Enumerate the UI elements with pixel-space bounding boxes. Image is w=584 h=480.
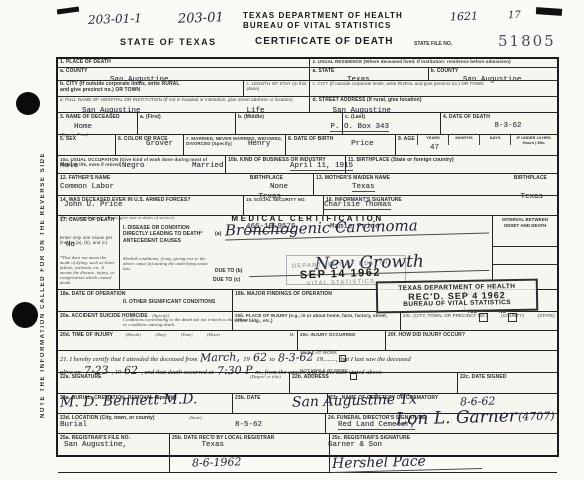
state-of-texas-label: STATE OF TEXAS xyxy=(120,37,217,47)
accident-label: 20a. ACCIDENT SUICIDE HOMICIDE xyxy=(60,313,148,319)
usual-residence-section: 2. USUAL RESIDENCE (Where deceased lived… xyxy=(310,59,557,112)
race-label: 6. COLOR OR RACE xyxy=(118,136,168,142)
cause-a-tag: (a) xyxy=(215,231,221,237)
injury-occurred-label: 20e. INJURY OCCURRED xyxy=(300,332,356,337)
city-label: b. CITY (If outside corporate limits, wr… xyxy=(60,81,180,93)
department-line2: BUREAU OF VITAL STATISTICS xyxy=(243,21,423,31)
father-name-label: 12. FATHER'S NAME xyxy=(60,175,110,181)
accident-suicide-homicide-cell: 20a. ACCIDENT SUICIDE HOMICIDE (Specify) xyxy=(58,312,233,330)
marital-cell: 7. MARRIED, NEVER MARRIED, WIDOWED, DIVO… xyxy=(184,135,286,155)
residence-county-label: b. COUNTY xyxy=(431,68,459,74)
department-header: TEXAS DEPARTMENT OF HEALTH BUREAU OF VIT… xyxy=(243,11,423,31)
hospital-label: d. FULL NAME OF HOSPITAL OR INSTITUTION … xyxy=(60,97,293,102)
injury-month-label: (Month) xyxy=(126,332,141,337)
name-of-deceased-label-cell: 3. NAME OF DECEASED(Type or Print) xyxy=(58,113,138,134)
occupation-label: 10a. USUAL OCCUPATION (Give kind of work… xyxy=(60,157,223,167)
registrar-signature-label: 25c. REGISTRAR'S SIGNATURE xyxy=(332,435,410,441)
occupation-cell: 10a. USUAL OCCUPATION (Give kind of work… xyxy=(58,156,226,173)
injury-hour-label: (Hour) xyxy=(207,332,220,337)
row-registrar: 25a. REGISTRAR'S FILE NO. 25b. DATE REC'… xyxy=(58,434,557,473)
sex-label: 5. SEX xyxy=(60,136,76,142)
certificate-title: CERTIFICATE OF DEATH xyxy=(255,36,394,47)
burial-location-label: 23d. LOCATION (City, town, or county) xyxy=(60,415,155,421)
armed-forces-label: 14. WAS DECEASED EVER IN U.S. ARMED FORC… xyxy=(60,197,191,203)
address-label: 22b. ADDRESS xyxy=(292,374,329,380)
injury-day-label: (Day) xyxy=(155,332,166,337)
antecedent-causes-label: ANTECEDENT CAUSES xyxy=(123,238,181,244)
reverse-side-note: NOTE THE INFORMATION CALLED FOR ON THE R… xyxy=(40,118,46,418)
handwritten-file-code-2: 203-01 xyxy=(178,10,224,27)
certify-text-1: 21. I hereby certify that I attended the… xyxy=(60,356,197,363)
row-demographics: 5. SEXMale 6. COLOR OR RACENegro 7. MARR… xyxy=(58,135,557,156)
cemetery-label: 23c. NAME OF CEMETERY OR CREMATORY xyxy=(330,395,438,401)
date-of-death-value: 8-3-62 xyxy=(494,122,521,130)
physician-address-cell: 22b. ADDRESS San Augustine Tx xyxy=(290,373,458,393)
industry-label: 10b. KIND OF BUSINESS OR INDUSTRY xyxy=(228,157,326,163)
interval-line-a xyxy=(493,229,557,247)
date-of-operation-label: 18a. DATE OF OPERATION xyxy=(60,291,126,297)
burial-location-state-label: (State) xyxy=(189,415,202,420)
usual-residence-title: 2. USUAL RESIDENCE (Where deceased lived… xyxy=(312,59,510,64)
scan-artifact xyxy=(57,6,79,14)
certify-text-2: 19 xyxy=(243,356,250,363)
age-hours-label: Hours xyxy=(523,140,535,145)
burial-date-cell: 23b. DATE8-5-62 xyxy=(233,394,328,413)
punch-hole-top xyxy=(16,92,40,115)
date-of-birth-cell: 8. DATE OF BIRTHApril 11, 1915 xyxy=(286,135,396,155)
certify-hand-month: March, xyxy=(200,351,240,363)
handwritten-number-1621: 1621 xyxy=(450,10,478,24)
name-of-deceased-label: 3. NAME OF DECEASED xyxy=(60,114,120,120)
degree-or-title-label: (Degree or title) xyxy=(250,374,281,379)
how-injury-label: 20f. HOW DID INJURY OCCUR? xyxy=(388,332,465,338)
row-certify-statement: 21. I hereby certify that I attended the… xyxy=(58,351,557,373)
row-injury-place: 20a. ACCIDENT SUICIDE HOMICIDE (Specify)… xyxy=(58,312,557,331)
residence-state-label: a. STATE xyxy=(312,68,334,74)
received-stamp-box: TEXAS DEPARTMENT OF HEALTH REC'D. SEP 4 … xyxy=(376,279,539,314)
middle-name-label: b. (Middle) xyxy=(238,114,264,120)
cause-note-2: *This does not mean the mode of dying, s… xyxy=(60,255,117,285)
place-of-death-title: 1. PLACE OF DEATH xyxy=(60,59,111,65)
sex-cell: 5. SEXMale xyxy=(58,135,116,155)
age-months-label: MONTHS xyxy=(448,135,479,145)
cause-note-1: Enter only one cause per line for (a), (… xyxy=(60,235,117,245)
burial-type-cell: 23a. BURIAL, CREMATION, REMOVAL (Specify… xyxy=(58,394,233,413)
residence-city-label: c. CITY (If outside corporate limits, wr… xyxy=(312,81,483,86)
mother-cell: 13. MOTHER'S MAIDEN NAMEBIRTHPLACE Charl… xyxy=(314,174,557,195)
row-location-director: 23d. LOCATION (City, town, or county) (S… xyxy=(58,414,557,434)
mother-birthplace-label: BIRTHPLACE xyxy=(514,175,547,181)
place-of-injury-cell: 20b. PLACE OF INJURY (e.g., in or about … xyxy=(233,312,401,330)
row-physician: 22a. SIGNATURE (Degree or title) M. D. B… xyxy=(58,373,557,394)
certify-text-3: to xyxy=(270,356,275,363)
handwritten-number-17: 17 xyxy=(508,10,521,21)
registrar-date-value: 8-6-1962 xyxy=(192,455,242,469)
disease-leading-label: I. DISEASE OR CONDITION DIRECTLY LEADING… xyxy=(123,225,215,237)
time-of-injury-cell: 20d. TIME OF INJURY (Month) (Day) (Year)… xyxy=(58,331,298,350)
date-of-death-cell: 4. DATE OF DEATH 8-3-62 xyxy=(441,113,557,134)
certify-hand-year1: 62 xyxy=(253,352,267,363)
burial-date-label: 23b. DATE xyxy=(235,395,261,401)
first-name-label: a. (First) xyxy=(140,114,161,120)
state-file-no-value: 51805 xyxy=(498,32,556,50)
burial-location-cell: 23d. LOCATION (City, town, or county) (S… xyxy=(58,414,326,433)
registrar-file-no-cell: 25a. REGISTRAR'S FILE NO. xyxy=(58,434,170,472)
date-of-birth-label: 8. DATE OF BIRTH xyxy=(288,136,333,142)
registrar-signature-cell: 25c. REGISTRAR'S SIGNATUREHershel Pace xyxy=(330,434,557,472)
middle-name-cell: b. (Middle)Henry xyxy=(236,113,343,134)
stamp-box-line3: BUREAU OF VITAL STATISTICS xyxy=(381,299,533,310)
registrar-date-label: 25b. DATE REC'D BY LOCAL REGISTRAR xyxy=(172,435,274,441)
handwritten-file-code-1: 203-01-1 xyxy=(88,11,142,27)
funeral-director-number: (4707) xyxy=(518,410,555,424)
injury-city-label: 20c. (CITY, TOWN, OR PRECINCT NO.) xyxy=(403,313,488,329)
department-line1: TEXAS DEPARTMENT OF HEALTH xyxy=(243,11,423,21)
certificate-form: 1. PLACE OF DEATH a. COUNTY San Augustin… xyxy=(56,57,559,457)
medical-certification-heading: MEDICAL CERTIFICATION xyxy=(231,214,383,223)
last-name-cell: c. (Last)Price xyxy=(343,113,441,134)
scan-artifact xyxy=(536,7,562,16)
street-address-label: d. STREET ADDRESS (If rural, give locati… xyxy=(312,97,421,103)
age-min-label: Min. xyxy=(538,140,546,145)
physician-signature-cell: 22a. SIGNATURE (Degree or title) M. D. B… xyxy=(58,373,290,393)
state-file-no-label: STATE FILE NO. xyxy=(414,41,452,47)
injury-m-label: M. xyxy=(290,332,295,337)
injury-year-label: (Year) xyxy=(181,332,193,337)
funeral-director-cell: 24. FUNERAL DIRECTOR'S SIGNATURE Lon L. … xyxy=(326,414,557,433)
certify-text-4: 19........, that I last saw the deceased xyxy=(316,356,410,363)
informant-label: 16. INFORMANT'S SIGNATURE xyxy=(326,197,402,203)
injury-location-cell: 20c. (CITY, TOWN, OR PRECINCT NO.) (COUN… xyxy=(401,312,557,330)
antecedent-note: Morbid conditions, if any, giving rise t… xyxy=(123,256,215,271)
funeral-director-signature: Lon L. Garner xyxy=(396,406,517,429)
cause-of-death-label: 17. CAUSE OF DEATH xyxy=(60,217,114,223)
armed-forces-cell: 14. WAS DECEASED EVER IN U.S. ARMED FORC… xyxy=(58,196,244,215)
accident-specify-label: (Specify) xyxy=(152,313,169,318)
certify-statement-cell: 21. I hereby certify that I attended the… xyxy=(58,351,557,372)
age-value: 47 xyxy=(430,144,439,152)
injury-state-label: (STATE) xyxy=(537,313,555,329)
birthplace-cell: 11. BIRTHPLACE (State or foreign country… xyxy=(346,156,557,173)
registrar-file-no-label: 25a. REGISTRAR'S FILE NO. xyxy=(60,435,130,441)
ssn-label: 15. SOCIAL SECURITY NO. xyxy=(246,197,306,202)
row-occupation: 10a. USUAL OCCUPATION (Give kind of work… xyxy=(58,156,557,174)
row-service-ssn-informant: 14. WAS DECEASED EVER IN U.S. ARMED FORC… xyxy=(58,196,557,216)
informant-cell: 16. INFORMANT'S SIGNATUREMamie Price xyxy=(324,196,557,215)
cause-of-death-notes-cell: 17. CAUSE OF DEATH Enter only one cause … xyxy=(58,216,120,289)
interval-header: INTERVAL BETWEEN ONSET AND DEATH xyxy=(493,216,557,229)
birthplace-label: 11. BIRTHPLACE (State or foreign country… xyxy=(348,157,454,163)
injury-county-label: (COUNTY) xyxy=(501,313,524,329)
industry-cell: 10b. KIND OF BUSINESS OR INDUSTRYNone xyxy=(226,156,346,173)
due-to-c-tag: DUE TO (c) xyxy=(213,277,240,283)
row-parents: 12. FATHER'S NAMEBIRTHPLACE John U. Pric… xyxy=(58,174,557,196)
interval-line-b xyxy=(493,247,557,265)
due-to-b-tag: DUE TO (b) xyxy=(215,268,243,274)
punch-hole-bottom xyxy=(12,302,38,328)
mother-name-label: 13. MOTHER'S MAIDEN NAME xyxy=(316,175,390,181)
length-of-stay-label: c. LENGTH OF STAY (in this place) xyxy=(246,81,307,91)
time-of-injury-label: 20d. TIME OF INJURY xyxy=(60,332,113,338)
ssn-cell: 15. SOCIAL SECURITY NO.466-10-9576 xyxy=(244,196,324,215)
registrar-date-cell: 25b. DATE REC'D BY LOCAL REGISTRAR8-6-19… xyxy=(170,434,330,472)
age-cell: 9. AGE YEARS MONTHS DAYS IF UNDER 24 HRS… xyxy=(396,135,557,155)
age-days-label: DAYS xyxy=(479,135,510,145)
first-name-cell: a. (First)Grover xyxy=(138,113,236,134)
how-injury-cell: 20f. HOW DID INJURY OCCUR? xyxy=(386,331,557,350)
registrar-signature-value: Hershel Pace xyxy=(332,452,482,473)
father-birthplace-label: BIRTHPLACE xyxy=(250,175,283,181)
date-of-operation-cell: 18a. DATE OF OPERATION xyxy=(58,290,233,311)
date-of-death-label: 4. DATE OF DEATH xyxy=(443,114,490,120)
marital-label: 7. MARRIED, NEVER MARRIED, WIDOWED, DIVO… xyxy=(186,136,283,146)
father-cell: 12. FATHER'S NAMEBIRTHPLACE John U. Pric… xyxy=(58,174,314,195)
scanned-death-certificate: NOTE THE INFORMATION CALLED FOR ON THE R… xyxy=(0,0,584,480)
certify-hand-todate: 8-3-62 xyxy=(278,352,314,364)
place-of-injury-label: 20b. PLACE OF INJURY (e.g., in or about … xyxy=(235,313,398,323)
signature-label: 22a. SIGNATURE xyxy=(60,374,102,380)
row-injury-time: 20d. TIME OF INJURY (Month) (Day) (Year)… xyxy=(58,331,557,351)
date-signed-label: 22c. DATE SIGNED xyxy=(460,374,507,380)
major-findings-label: 18b. MAJOR FINDINGS OF OPERATION xyxy=(235,291,332,297)
burial-type-label: 23a. BURIAL, CREMATION, REMOVAL (Specify… xyxy=(60,395,177,401)
county-label: a. COUNTY xyxy=(60,68,88,74)
row-place-residence: 1. PLACE OF DEATH a. COUNTY San Augustin… xyxy=(58,59,557,113)
last-name-label: c. (Last) xyxy=(345,114,365,120)
place-of-death-section: 1. PLACE OF DEATH a. COUNTY San Augustin… xyxy=(58,59,310,112)
row-name: 3. NAME OF DECEASED(Type or Print) a. (F… xyxy=(58,113,557,135)
age-label: 9. AGE xyxy=(396,135,417,145)
race-cell: 6. COLOR OR RACENegro xyxy=(116,135,184,155)
injury-occurred-cell: 20e. INJURY OCCURRED WHILE AT WORK NOT W… xyxy=(298,331,386,350)
date-signed-cell: 22c. DATE SIGNED 8-6-62 xyxy=(458,373,557,393)
